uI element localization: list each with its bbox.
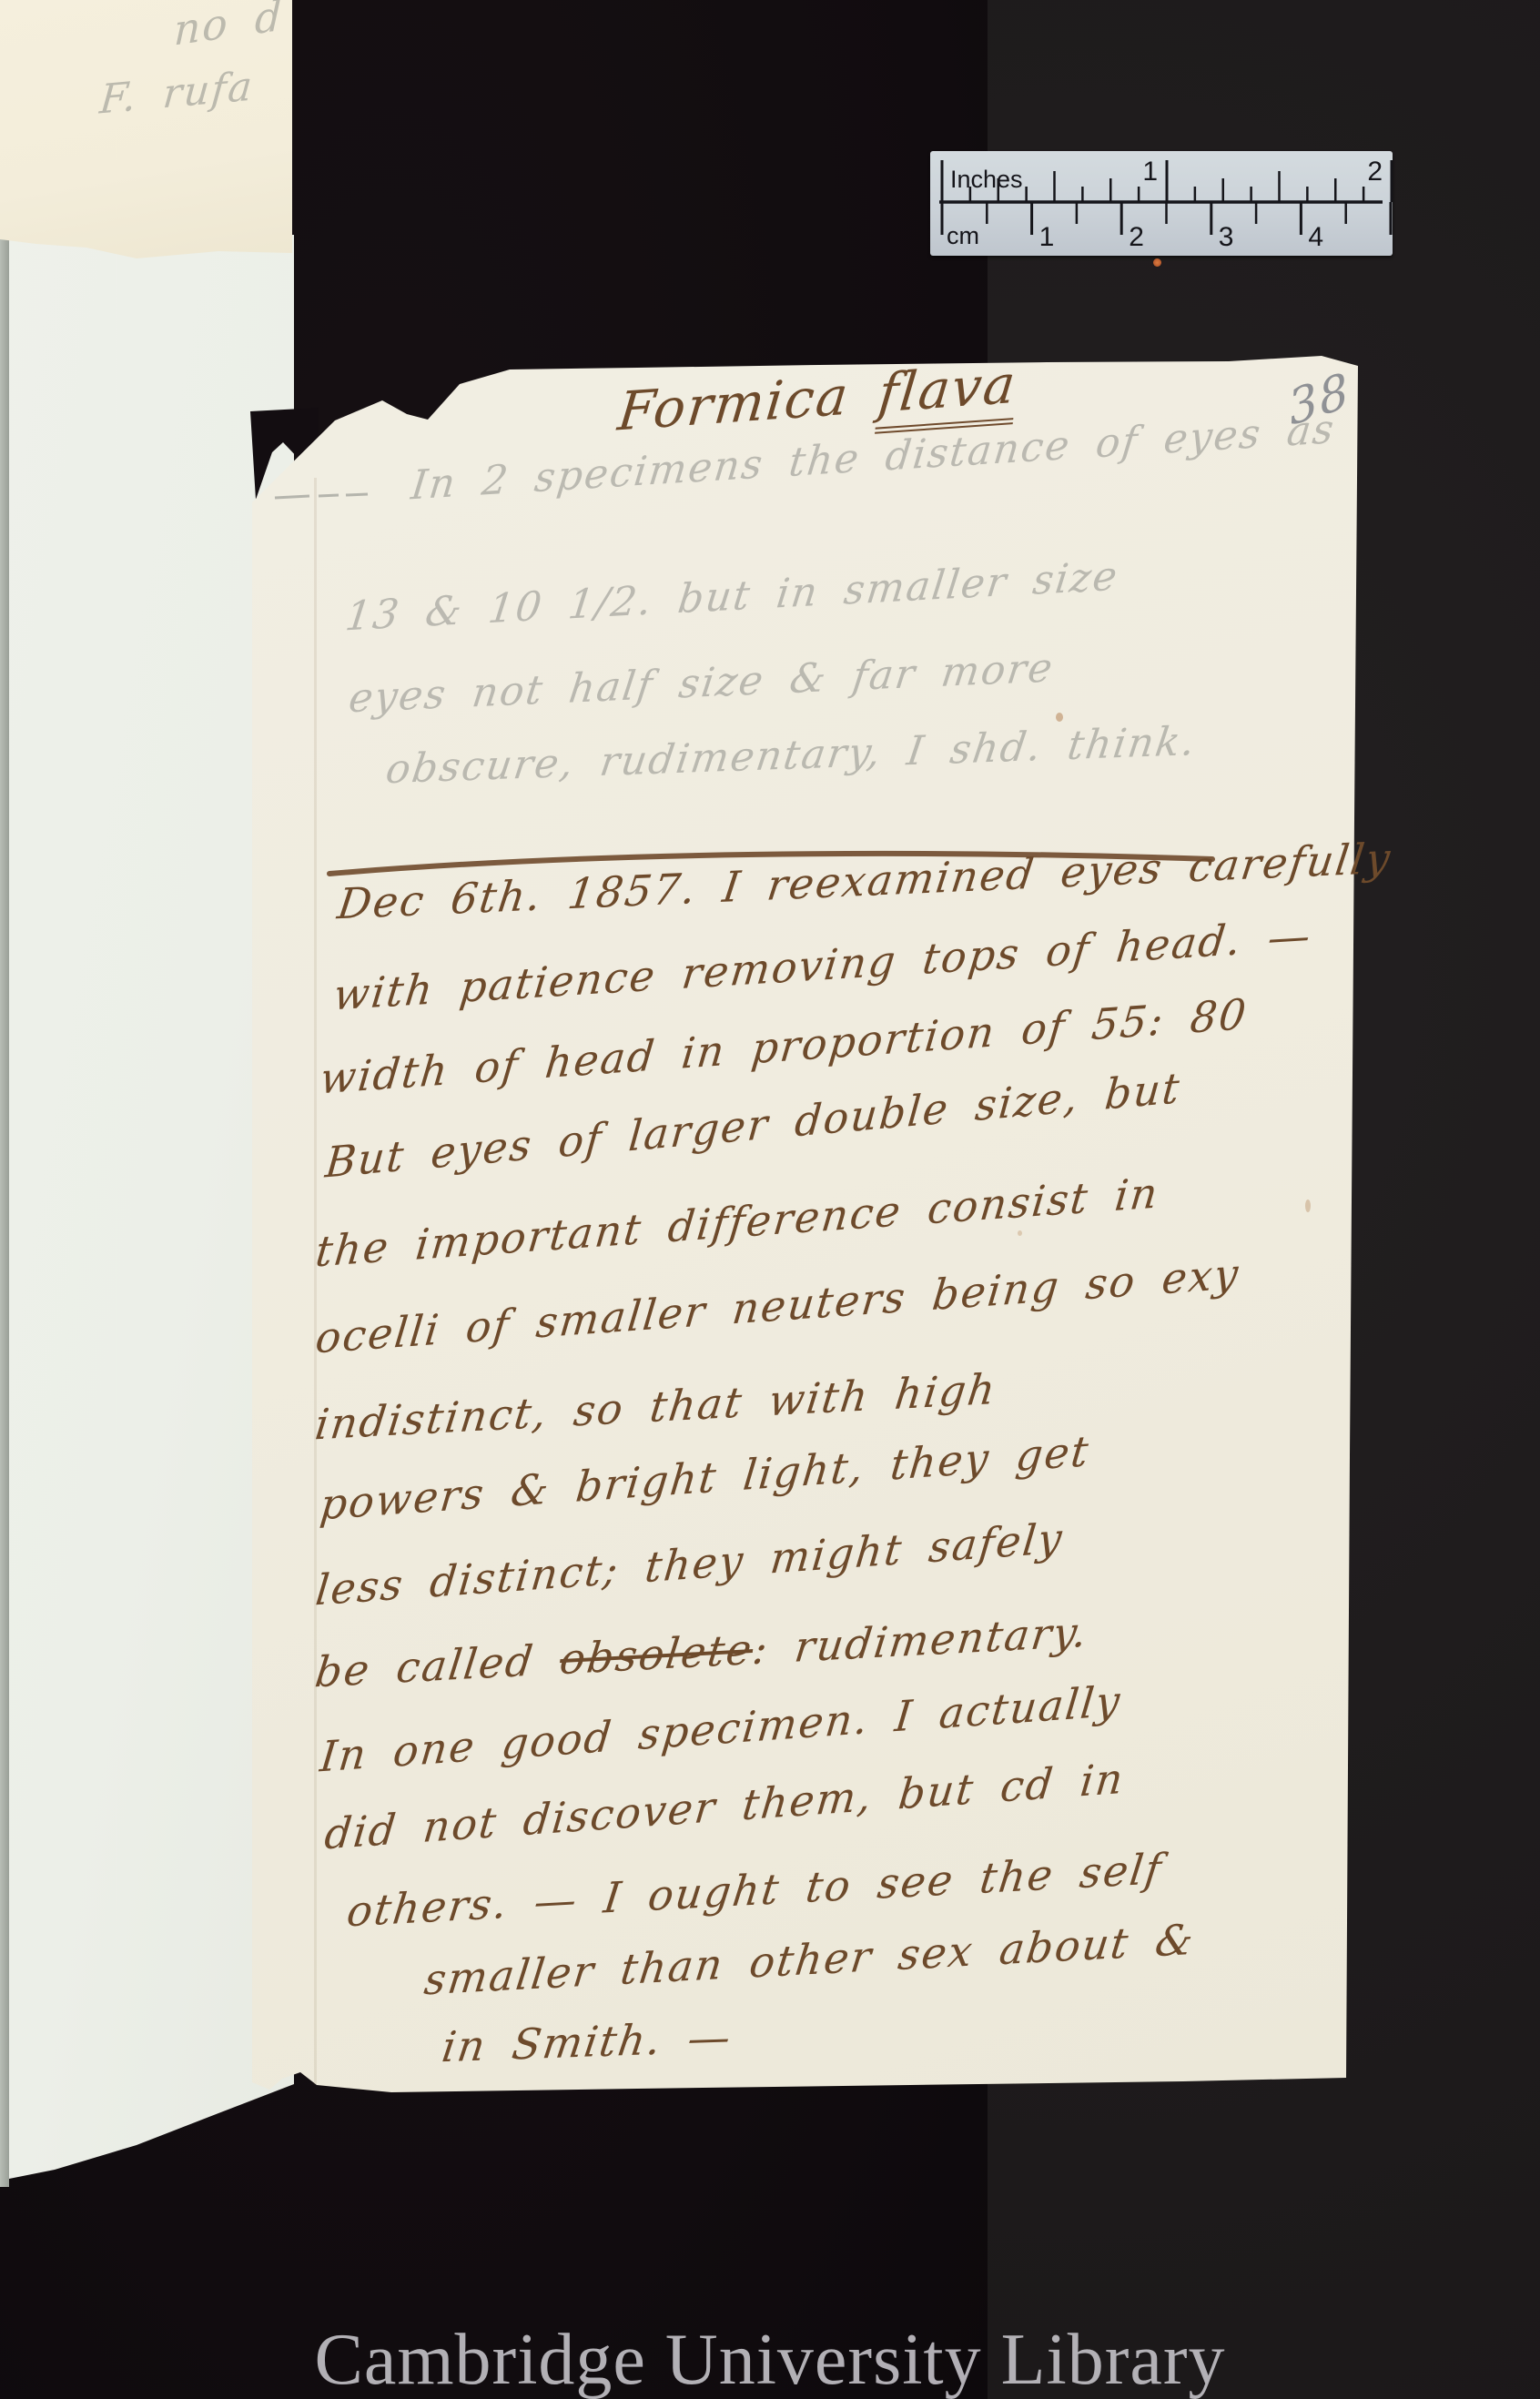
photograph-stage: Inchescm1212345 Cambridge University Lib… [0, 0, 1540, 2399]
ink-line: in Smith. — [439, 2012, 735, 2071]
manuscript-heading-segment: flava [875, 352, 1020, 433]
ink-line-segment: obsolete [557, 1625, 755, 1685]
ink-line-segment: in Smith. — [439, 2012, 735, 2071]
library-watermark: Cambridge University Library [0, 2319, 1540, 2399]
